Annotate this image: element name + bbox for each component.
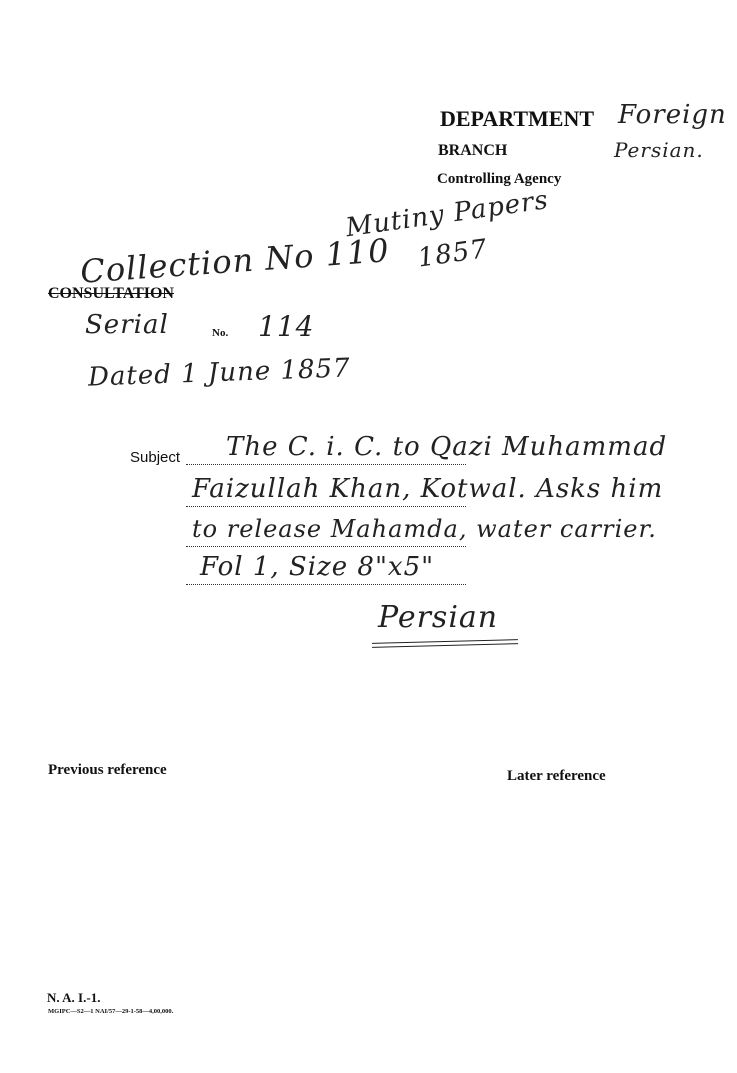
dated-text: Dated 1 June 1857 [88,353,352,392]
subject-dotted-line-2 [186,506,466,507]
language-double-underline [372,639,518,648]
previous-reference-label: Previous reference [48,762,167,779]
print-line: MGIPC—S2—1 NAI/57—29-1-58—4,00,000. [48,1008,173,1015]
subject-language: Persian [378,600,498,635]
subject-line-4: Fol 1, Size 8"x5" [200,552,434,582]
no-label: No. [212,327,228,339]
department-value: Foreign [618,100,727,130]
branch-label: BRANCH [438,142,507,160]
branch-value: Persian. [614,138,704,162]
subject-dotted-line-4 [186,584,466,585]
serial-text: Serial [85,310,169,340]
subject-line-2: Faizullah Khan, Kotwal. Asks him [192,474,663,504]
later-reference-label: Later reference [507,768,606,785]
department-label: DEPARTMENT [440,106,594,132]
subject-dotted-line-3 [186,546,466,547]
subject-line-1: The C. i. C. to Qazi Muhammad [226,432,667,462]
no-value: 114 [258,310,314,343]
subject-line-3: to release Mahamda, water carrier. [192,515,657,543]
form-code: N. A. I.-1. [47,990,100,1006]
subject-label: Subject [130,449,180,466]
subject-dotted-line-1 [186,464,466,465]
consultation-label: CONSULTATION [48,285,174,303]
